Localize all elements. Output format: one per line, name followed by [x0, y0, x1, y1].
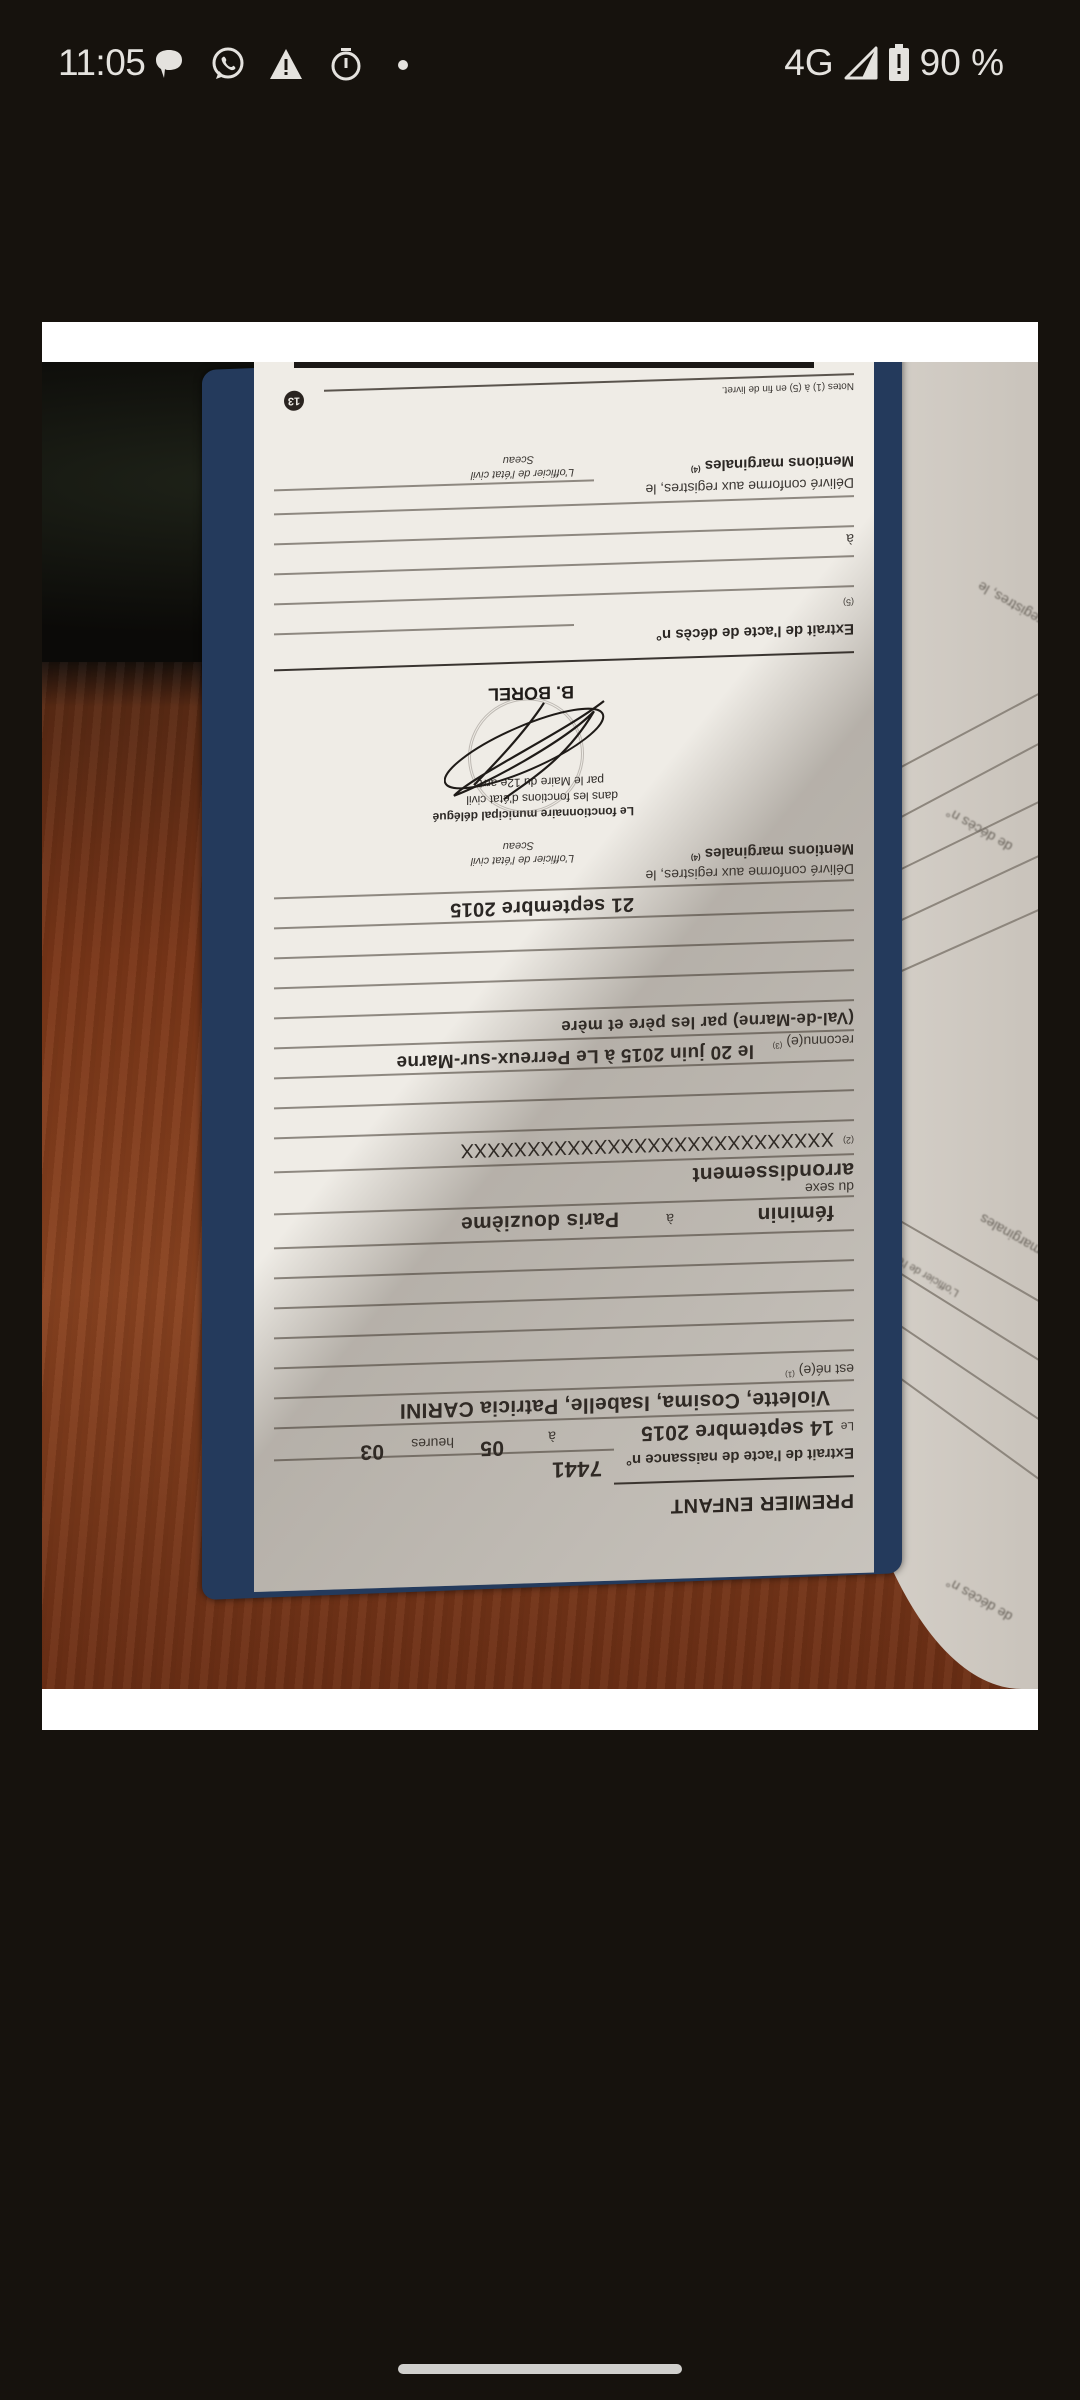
- rule-line: [274, 496, 854, 516]
- sex-value: féminin: [757, 1200, 834, 1226]
- death-officer-label: L'officier de l'état civil: [471, 466, 574, 481]
- note-ref: (5): [843, 597, 854, 607]
- document-content-rotated: PREMIER ENFANT Extrait de l'acte de nais…: [254, 362, 874, 1592]
- whatsapp-icon: [210, 46, 246, 82]
- rule-line: [274, 1320, 854, 1340]
- next-page-text: Mentions marginales: [977, 1211, 1038, 1289]
- rule-line: [274, 1350, 854, 1370]
- rule-line: [274, 556, 854, 576]
- district: arrondissement: [692, 1157, 854, 1186]
- margin-label-text: Mentions marginales: [705, 840, 854, 862]
- rule-line: [274, 526, 854, 546]
- death-margin-label: Mentions marginales (4): [691, 452, 854, 474]
- death-seal-label: Sceau: [503, 453, 534, 466]
- next-page-text: aux registres, le: [975, 578, 1038, 641]
- note-ref: (4): [691, 853, 701, 862]
- rule-line: [274, 1230, 854, 1250]
- page-number: 13: [284, 390, 304, 411]
- rule-line: [274, 1260, 854, 1280]
- status-time: 11:05: [58, 42, 145, 84]
- status-bar: 11:05 4G 90 %: [0, 0, 1080, 130]
- rule-line: [274, 1090, 854, 1110]
- more-dot-icon: [398, 60, 408, 70]
- rule-line: [274, 624, 574, 635]
- hours-label: heures: [411, 1435, 454, 1452]
- seal-label: Sceau: [503, 839, 534, 852]
- photo[interactable]: de décès n° aux registres, le Mentions m…: [42, 362, 1038, 1689]
- section-title: PREMIER ENFANT: [670, 1488, 854, 1517]
- birth-place: Paris douzième: [461, 1207, 619, 1236]
- rule-line: [614, 1475, 854, 1485]
- rule-line: [274, 970, 854, 990]
- note-ref: (3): [773, 1041, 783, 1050]
- signatory-name: B. BOREL: [488, 681, 574, 705]
- birth-date: 14 septembre 2015: [641, 1415, 834, 1445]
- rule-line: [274, 586, 854, 606]
- section-divider: [274, 651, 854, 671]
- birth-extract-number: 7441: [552, 1455, 602, 1483]
- battery-icon: [888, 44, 910, 82]
- margin-label: Mentions marginales (4): [691, 840, 854, 862]
- birth-extract-label: Extrait de l'acte de naissance n°: [626, 1444, 854, 1468]
- born-label: est né(e) (1): [785, 1361, 854, 1379]
- rule-line: [274, 940, 854, 960]
- recognized-label-text: reconnu(e): [786, 1032, 854, 1050]
- at-label: à: [548, 1429, 556, 1445]
- note-ref: (4): [691, 465, 701, 474]
- notes-footer: Notes (1) à (5) en fin de livret.: [722, 380, 854, 395]
- margin-label-text: Mentions marginales: [705, 452, 854, 474]
- warning-icon: [268, 46, 304, 82]
- birth-hours: 05: [480, 1435, 504, 1460]
- note-ref: (2): [843, 1135, 854, 1145]
- note-ref: (1): [785, 1370, 795, 1379]
- recognized-label: reconnu(e) (3): [773, 1032, 854, 1051]
- death-place-label: à: [846, 531, 854, 547]
- chat-bubble-icon: [152, 46, 188, 82]
- rule-line: [274, 480, 594, 492]
- birth-minutes: 03: [360, 1439, 384, 1464]
- death-delivered-label: Délivré conforme aux registres, le: [645, 475, 854, 498]
- page-edge: [294, 362, 814, 368]
- document-page: PREMIER ENFANT Extrait de l'acte de nais…: [254, 362, 874, 1592]
- stopwatch-icon: [328, 46, 364, 82]
- image-viewer[interactable]: de décès n° aux registres, le Mentions m…: [42, 322, 1038, 1730]
- battery-percent: 90 %: [920, 42, 1004, 84]
- signal-icon: [844, 46, 878, 80]
- next-page-text: de décès n°: [943, 1575, 1015, 1626]
- next-page-text: de décès n°: [943, 805, 1015, 856]
- death-extract-label: Extrait de l'acte de décès n°: [656, 620, 854, 643]
- status-right: 4G 90 %: [784, 42, 1004, 84]
- home-indicator[interactable]: [398, 2364, 682, 2374]
- born-label-text: est né(e): [799, 1361, 854, 1379]
- date-label: Le: [841, 1419, 854, 1433]
- network-type: 4G: [784, 42, 833, 84]
- signature: [444, 690, 624, 806]
- officer-label: L'officier de l'état civil: [471, 852, 574, 867]
- rule-line: [274, 1290, 854, 1310]
- place-at-label: à: [666, 1211, 674, 1227]
